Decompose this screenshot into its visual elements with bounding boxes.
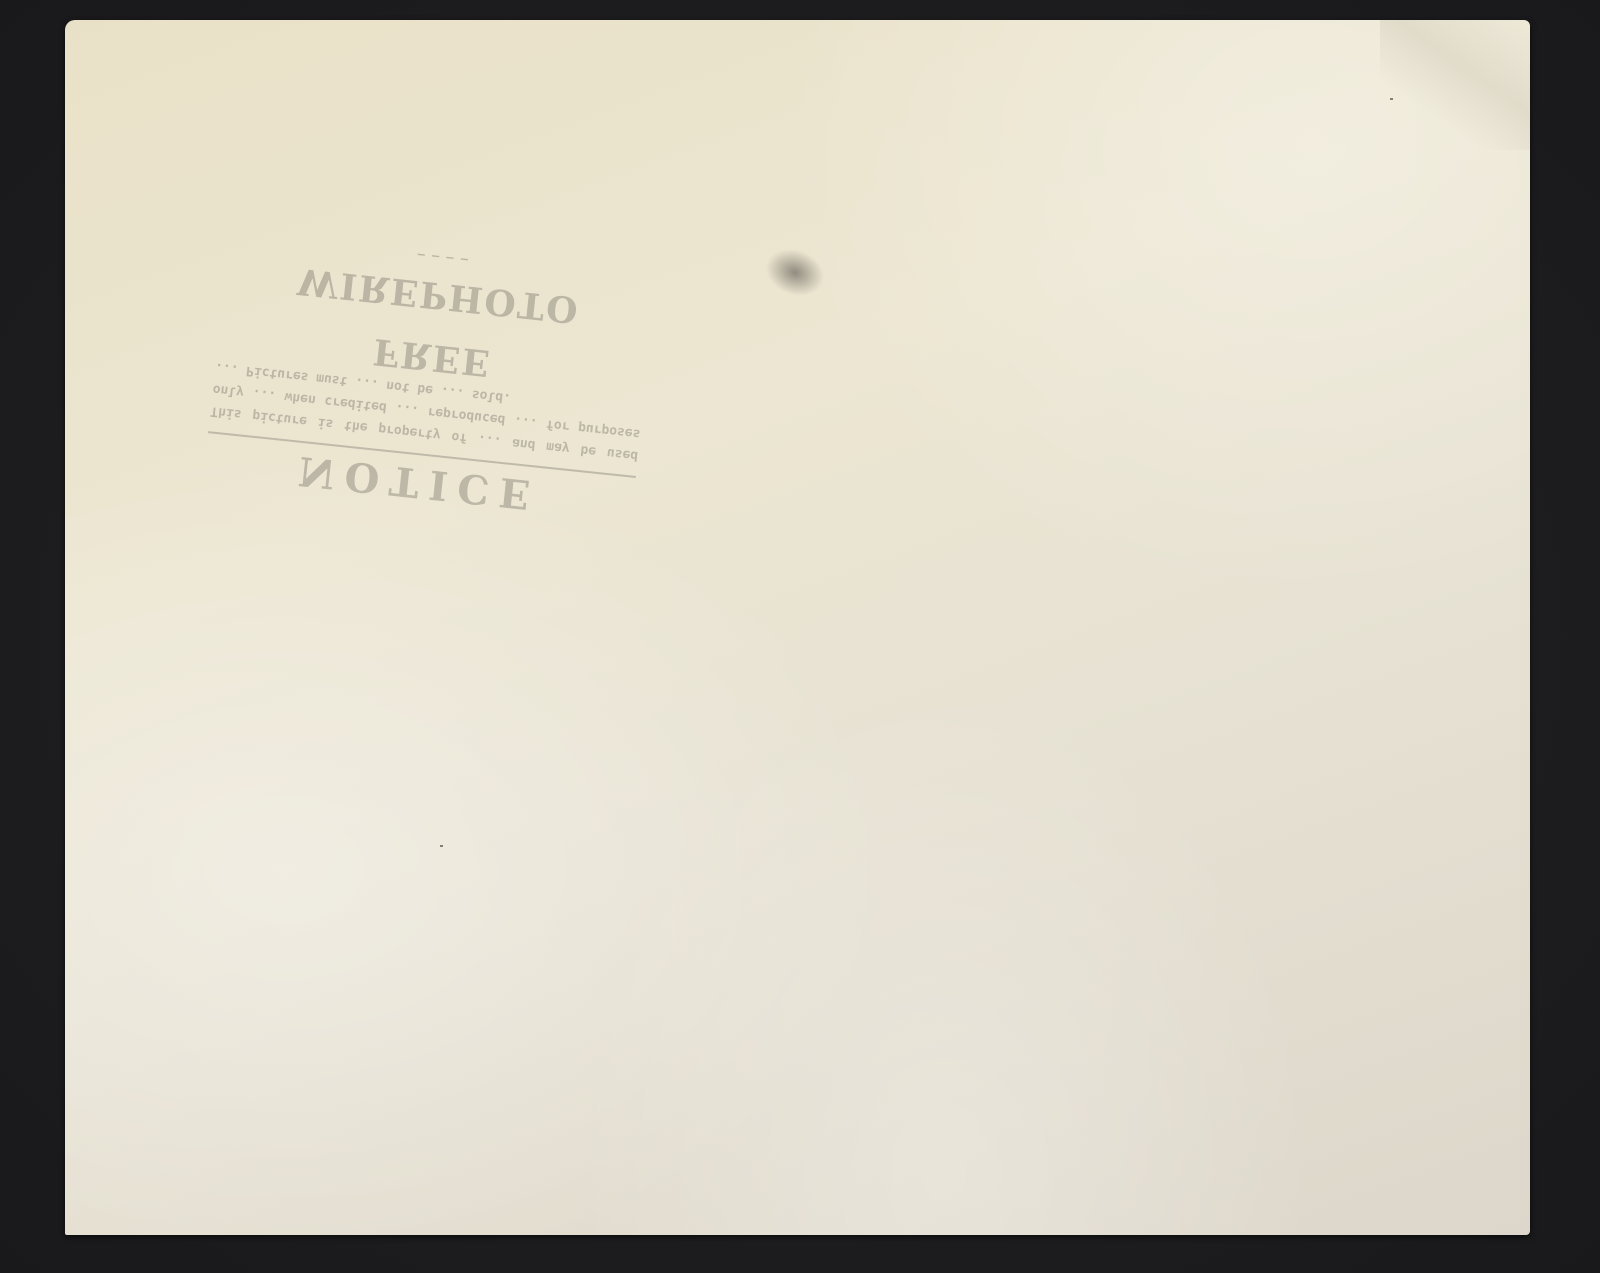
photo-print-back: NOTICE This picture is the property of .… — [65, 20, 1530, 1235]
offset-stamp: NOTICE This picture is the property of .… — [203, 228, 658, 529]
ink-smudge — [759, 241, 831, 304]
corner-fold — [1380, 20, 1530, 150]
speck — [1390, 98, 1393, 100]
speck — [440, 845, 443, 847]
